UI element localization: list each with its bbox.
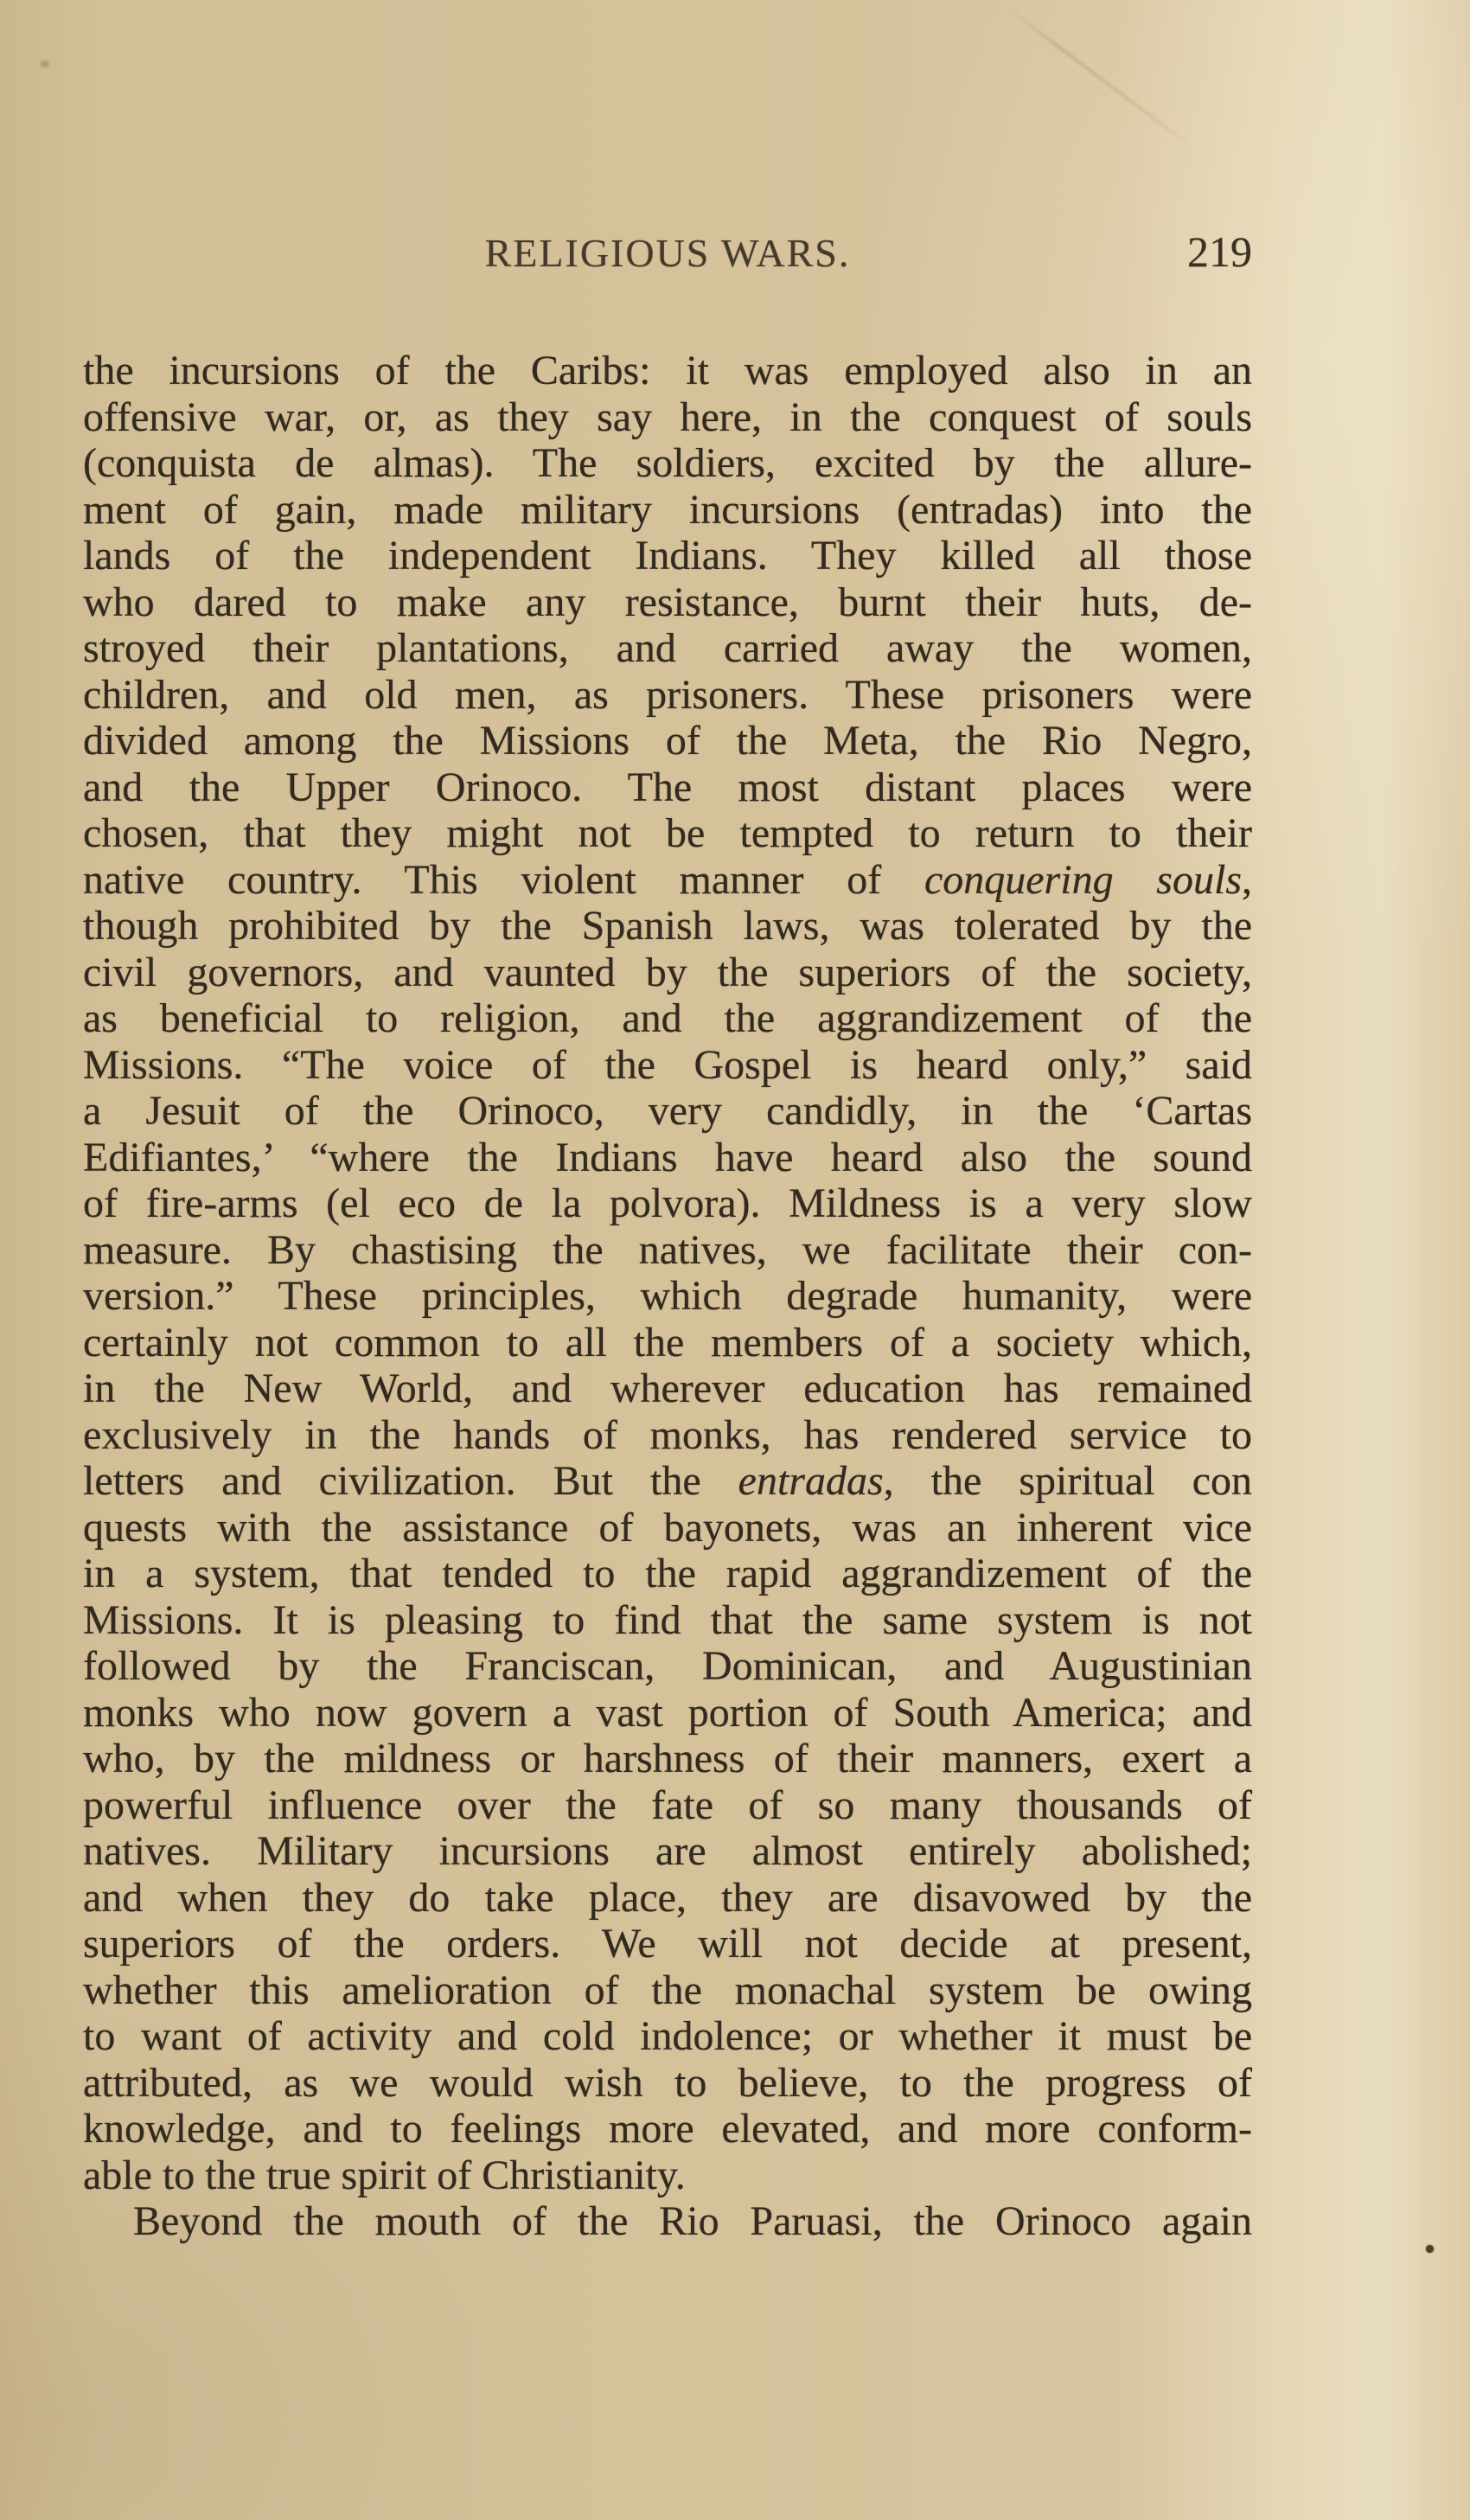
text-line: of fire-arms (el eco de la polvora). Mil… [83, 1180, 1252, 1227]
text-line: civil governors, and vaunted by the supe… [83, 950, 1252, 996]
text-line: (conquista de almas). The soldiers, exci… [83, 440, 1252, 487]
text-line: who, by the mildness or harshness of the… [83, 1736, 1252, 1782]
paper-speck [1426, 2245, 1434, 2253]
text-line: knowledge, and to feelings more elevated… [83, 2106, 1252, 2152]
text-line: monks who now govern a vast portion of S… [83, 1690, 1252, 1736]
text-line: quests with the assistance of bayonets, … [83, 1505, 1252, 1551]
text-line: letters and civilization. But the entrad… [83, 1458, 1252, 1505]
text-line: powerful influence over the fate of so m… [83, 1782, 1252, 1829]
running-header: RELIGIOUS WARS. 219 [83, 230, 1252, 276]
running-title: RELIGIOUS WARS. [485, 231, 851, 275]
text-line: followed by the Franciscan, Dominican, a… [83, 1643, 1252, 1690]
paper-speck [40, 61, 49, 67]
text-line: children, and old men, as prisoners. The… [83, 672, 1252, 719]
text-line: and the Upper Orinoco. The most distant … [83, 764, 1252, 811]
page-number: 219 [1187, 227, 1252, 277]
text-line: natives. Military incursions are almost … [83, 1828, 1252, 1875]
text-line: in a system, that tended to the rapid ag… [83, 1551, 1252, 1597]
text-line: Missions. It is pleasing to find that th… [83, 1597, 1252, 1644]
text-line: as beneficial to religion, and the aggra… [83, 995, 1252, 1042]
body-text: the incursions of the Caribs: it was emp… [83, 348, 1252, 2245]
text-line: version.” These principles, which degrad… [83, 1273, 1252, 1320]
text-line: stroyed their plantations, and carried a… [83, 625, 1252, 672]
text-line: ment of gain, made military incursions (… [83, 487, 1252, 534]
text-line: a Jesuit of the Orinoco, very candidly, … [83, 1088, 1252, 1135]
text-line: divided among the Missions of the Meta, … [83, 718, 1252, 764]
text-line: and when they do take place, they are di… [83, 1875, 1252, 1922]
text-line: chosen, that they might not be tempted t… [83, 810, 1252, 857]
text-line: offensive war, or, as they say here, in … [83, 394, 1252, 441]
text-line: who dared to make any resistance, burnt … [83, 579, 1252, 626]
text-line: Edifiantes,’ “where the Indians have hea… [83, 1135, 1252, 1181]
paper-crease [1004, 5, 1198, 153]
text-line: superiors of the orders. We will not dec… [83, 1921, 1252, 1967]
text-line: to want of activity and cold indolence; … [83, 2013, 1252, 2060]
text-line: native country. This violent manner of c… [83, 857, 1252, 904]
text-line: exclusively in the hands of monks, has r… [83, 1412, 1252, 1459]
text-line: Missions. “The voice of the Gospel is he… [83, 1042, 1252, 1089]
text-line: attributed, as we would wish to believe,… [83, 2060, 1252, 2107]
text-line: lands of the independent Indians. They k… [83, 533, 1252, 579]
text-line: the incursions of the Caribs: it was emp… [83, 348, 1252, 394]
text-line: whether this amelioration of the monacha… [83, 1967, 1252, 2014]
text-line: certainly not common to all the members … [83, 1320, 1252, 1366]
text-line: though prohibited by the Spanish laws, w… [83, 903, 1252, 950]
text-line: Beyond the mouth of the Rio Paruasi, the… [83, 2198, 1252, 2245]
book-page-scan: RELIGIOUS WARS. 219 the incursions of th… [0, 0, 1470, 2520]
text-line: able to the true spirit of Christianity. [83, 2152, 1252, 2199]
text-line: in the New World, and wherever education… [83, 1366, 1252, 1412]
text-line: measure. By chastising the natives, we f… [83, 1227, 1252, 1274]
